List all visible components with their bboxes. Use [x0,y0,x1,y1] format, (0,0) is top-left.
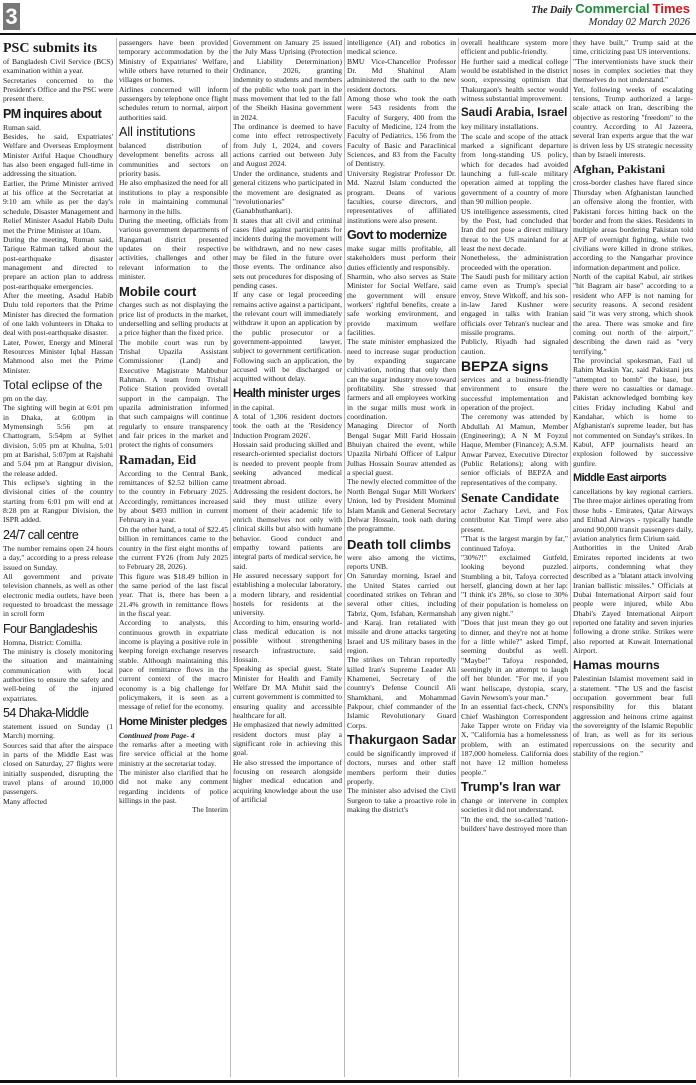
newspaper-name-prefix: The Daily [531,5,572,16]
headline-govt-modernize: Govt to modernize [347,228,456,243]
paragraph: This eclipse's sighting in the divisiona… [3,478,113,525]
paragraph: "In the end, the so-called 'nation-build… [461,815,568,834]
paragraph: Nonetheless, the administration proceede… [461,253,568,272]
newspaper-name-green: Commercial [575,1,649,16]
headline-hamas-mourns: Hamas mourns [573,658,693,673]
paragraph: The minister also advised the Civil Surg… [347,786,456,814]
headline-mobile-court: Mobile court [119,284,228,299]
paragraph: Managing Director of North Bengal Sugar … [347,421,456,477]
paragraph: passengers have been provided temporary … [119,38,228,85]
paragraph: It states that all civil and criminal ca… [233,216,342,291]
headline-home-minister: Home Minister pledges [119,715,228,730]
issue-date: Monday 02 March 2026 [589,17,690,28]
paragraph: Among those who took the oath were 543 r… [347,94,456,169]
paragraph: Hossain said producing skilled and resea… [233,440,342,487]
paragraph: "That is the largest margin by far," con… [461,534,568,553]
column-5: overall healthcare system more efficient… [461,38,568,1077]
column-1: PSC submits its of Bangladesh Civil Serv… [3,38,113,1077]
paragraph: This figure was $18.49 billion in the sa… [119,572,228,619]
paragraph: According to him, ensuring world-class m… [233,618,342,665]
paragraph: He assured necessary support for establi… [233,571,342,618]
headline-bepza-signs: BEPZA signs [461,359,568,374]
paragraph: overall healthcare system more efficient… [461,38,568,57]
paragraph: Palestinian Islamist movement said in a … [573,674,693,758]
paragraph: North of the capital Kabul, air strikes … [573,272,693,356]
paragraph: Homna, District: Comilla. [3,638,113,647]
paragraph: the remarks after a meeting with fire se… [119,740,228,768]
paragraph: If any case or legal proceeding remains … [233,290,342,383]
paragraph: US intelligence assessments, cited by th… [461,207,568,254]
paragraph: charges such as not displaying the price… [119,300,228,337]
paragraph: The newly elected committee of the North… [347,477,456,533]
paragraph: On Saturday morning, Israel and the Unit… [347,571,456,655]
paragraph: Later, Power, Energy and Mineral Resourc… [3,338,113,375]
headline-afghan-pakistani: Afghan, Pakistani [573,162,693,177]
paragraph: On the other hand, a total of $22.45 bil… [119,525,228,572]
paragraph: statement issued on Sunday (1 March) mor… [3,722,113,741]
paragraph: Under the ordinance, students and genera… [233,169,342,216]
page-number-badge: 3 [3,3,20,30]
paragraph: pm on the day. [3,394,113,403]
headline-all-institutions: All institutions [119,125,228,140]
paragraph: The sighting will begin at 6:01 pm in Dh… [3,403,113,478]
headline-psc: PSC submits its [3,41,113,56]
column-divider [116,38,117,1077]
paragraph: in the capital. [233,403,342,412]
headline-dhaka-middle: 54 Dhaka-Middle [3,706,113,721]
paragraph: The scale and scope of the attack marked… [461,132,568,207]
column-3: Government on January 25 issued the July… [233,38,342,1077]
paragraph: they have built," Trump said at the time… [573,38,693,57]
headline-total-eclipse: Total eclipse of the [3,378,113,393]
paragraph: Many affected [3,797,113,806]
paragraph: "Does that just mean they go out to dinn… [461,618,568,702]
headline-call-centre: 24/7 call centre [3,528,113,543]
column-6: they have built," Trump said at the time… [573,38,693,1077]
paragraph: Earlier, the Prime Minister arrived at h… [3,179,113,235]
continued-from-label: Continued from Page- 4 [119,731,228,740]
column-divider [344,38,345,1077]
column-4: intelligence (AI) and robotics in medica… [347,38,456,1077]
paragraph: intelligence (AI) and robotics in medica… [347,38,456,57]
paragraph: During the meeting, officials from vario… [119,216,228,281]
paragraph: He emphasized that newly admitted reside… [233,720,342,757]
paragraph: could be significantly improved if docto… [347,749,456,786]
paragraph: key military installations. [461,122,568,131]
paragraph: During the meeting, Ruman said, Tarique … [3,235,113,291]
headline-death-toll: Death toll climbs [347,537,456,552]
paragraph: According to the Central Bank, remittanc… [119,469,228,525]
headline-senate-candidate: Senate Candidate [461,490,568,505]
column-divider [458,38,459,1077]
headline-saudi-arabia-israel: Saudi Arabia, Israel [461,106,568,121]
newspaper-name-red: Times [653,1,690,16]
headline-four-bangladeshis: Four Bangladeshis [3,622,113,637]
paragraph: The ministry is closely monitoring the s… [3,647,113,703]
paragraph: "30%?!" exclaimed Gutfeld, looking beyon… [461,553,568,618]
paragraph: make sugar mills profitable, all stakeho… [347,244,456,272]
paragraph: Government on January 25 issued the July… [233,38,342,122]
paragraph: Addressing the resident doctors, he said… [233,487,342,571]
paragraph: cross-border clashes have flared since T… [573,178,693,271]
paragraph: The Interim [119,805,228,814]
paragraph: The mobile court was run by Trishal Upaz… [119,338,228,450]
paragraph: of Bangladesh Civil Service (BCS) examin… [3,57,113,76]
paragraph: Publicly, Riyadh had signaled caution. [461,337,568,356]
column-divider [570,38,571,1077]
top-rule [0,33,696,35]
paragraph: University Registrar Professor Dr. Md. N… [347,169,456,225]
paragraph: All government and private television ch… [3,572,113,619]
paragraph: BMU Vice-Chancellor Professor Dr. Md Sha… [347,57,456,94]
paragraph: The provincial spokesman, Fazl ul Rahim … [573,356,693,468]
paragraph: Airlines concerned will inform passenger… [119,85,228,122]
newspaper-name: The Daily Commercial Times [531,1,690,17]
paragraph: He further said a medical college would … [461,57,568,104]
paragraph: Yet, following weeks of escalating tensi… [573,85,693,160]
paragraph: Sources said that after the airspace in … [3,741,113,797]
paragraph: The ceremony was attended by Abdullah Al… [461,412,568,487]
paragraph: He also emphasized the need for all inst… [119,178,228,215]
paragraph: A total of 1,306 resident doctors took t… [233,412,342,440]
paragraph: services and a business-friendly environ… [461,375,568,412]
column-2: passengers have been provided temporary … [119,38,228,1077]
paragraph: Authorities in the United Arab Emirates … [573,543,693,655]
paragraph: In an essential fact-check, CNN's Chief … [461,702,568,777]
paragraph: change or intervene in complex societies… [461,796,568,815]
paragraph: The minister also clarified that he did … [119,768,228,805]
paragraph: The strikes on Tehran reportedly killed … [347,655,456,730]
paragraph: According to analysts, this continuous g… [119,618,228,711]
paragraph: Speaking as special guest, State Ministe… [233,664,342,720]
headline-trump-iran-war: Trump's Iran war [461,780,568,795]
masthead: 3 The Daily Commercial Times Monday 02 M… [0,0,696,34]
paragraph: Ruman said. [3,123,113,132]
paragraph: Secretaries concerned to the President's… [3,76,113,104]
paragraph: The ordinance is deemed to have come int… [233,122,342,169]
bottom-rule [0,1080,696,1083]
paragraph: cancellations by key regional carriers. … [573,487,693,543]
headline-middle-east-airports: Middle East airports [573,471,693,486]
paragraph: Besides, he said, Expatriates' Welfare a… [3,132,113,179]
column-divider [230,38,231,1077]
paragraph: After the meeting, Asadul Habib Dulu tol… [3,291,113,338]
paragraph: actor Zachary Levi, and Fox contributor … [461,506,568,534]
paragraph: Sharmin, who also serves as State Minist… [347,272,456,337]
paragraph: balanced distribution of development ben… [119,141,228,178]
headline-pm-inquires: PM inquires about [3,107,113,122]
paragraph: The Saudi push for military action came … [461,272,568,337]
headline-ramadan-eid: Ramadan, Eid [119,453,228,468]
paragraph: "The interventionists have stuck their n… [573,57,693,85]
headline-health-minister: Health minister urges [233,387,342,402]
paragraph: The state minister emphasized the need t… [347,337,456,421]
paragraph: were also among the victims, reports UNB… [347,553,456,572]
paragraph: He also stressed the importance of focus… [233,758,342,805]
headline-thakurgaon-sadar: Thakurgaon Sadar [347,733,456,748]
paragraph: The number remains open 24 hours a day,"… [3,544,113,572]
